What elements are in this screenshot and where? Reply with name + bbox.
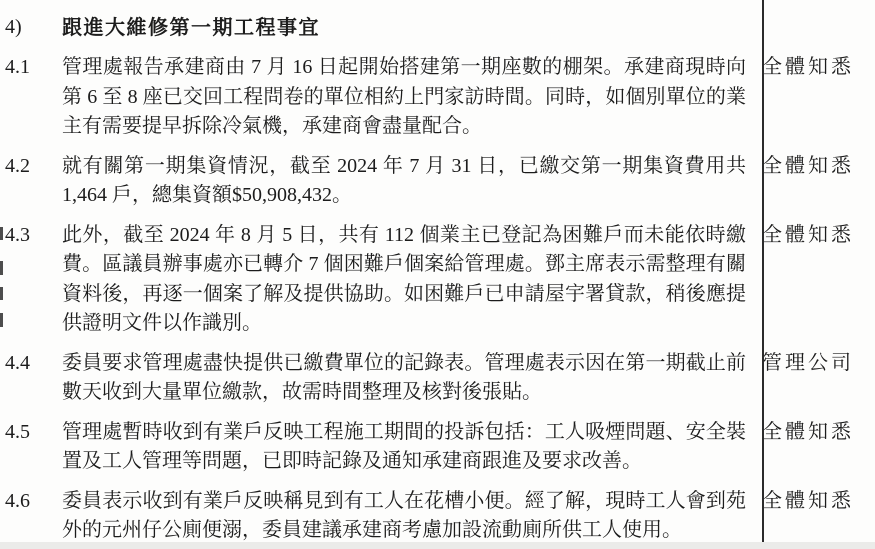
item-text: 就有關第一期集資情況，截至 2024 年 7 月 31 日，已繳交第一期集資費用… [62, 152, 746, 211]
item-number: 4.3 [0, 221, 62, 251]
item-text: 管理處報告承建商由 7 月 16 日起開始搭建第一期座數的棚架。承建商現時向第 … [62, 53, 746, 142]
section-number: 4) [0, 13, 62, 43]
item-text: 此外，截至 2024 年 8 月 5 日，共有 112 個業主已登記為困難戶而未… [62, 221, 746, 339]
section-header-row: 4) 跟進大維修第一期工程事宜 [0, 13, 875, 43]
item-number: 4.5 [0, 418, 62, 448]
item-number: 4.6 [0, 487, 62, 517]
minutes-item-4-1: 4.1 管理處報告承建商由 7 月 16 日起開始搭建第一期座數的棚架。承建商現… [0, 53, 875, 142]
scan-artifact [0, 287, 3, 300]
item-number: 4.2 [0, 152, 62, 182]
minutes-item-4-5: 4.5 管理處暫時收到有業戶反映工程施工期間的投訴包括：工人吸煙問題、安全裝置及… [0, 418, 875, 477]
minutes-document-page: 4) 跟進大維修第一期工程事宜 4.1 管理處報告承建商由 7 月 16 日起開… [0, 0, 875, 549]
section-title: 跟進大維修第一期工程事宜 [62, 13, 746, 43]
minutes-item-4-4: 4.4 委員要求管理處盡快提供已繳費單位的記錄表。管理處表示因在第一期截止前數天… [0, 349, 875, 408]
scan-artifact [0, 261, 3, 275]
item-number: 4.1 [0, 53, 62, 83]
scan-artifact [0, 227, 3, 240]
scan-bottom-edge [0, 542, 875, 549]
item-number: 4.4 [0, 349, 62, 379]
scan-artifact [0, 313, 3, 327]
item-text: 管理處暫時收到有業戶反映工程施工期間的投訴包括：工人吸煙問題、安全裝置及工人管理… [62, 418, 746, 477]
item-text: 委員表示收到有業戶反映稱見到有工人在花槽小便。經了解，現時工人會到苑外的元州仔公… [62, 487, 746, 546]
minutes-item-4-6: 4.6 委員表示收到有業戶反映稱見到有工人在花槽小便。經了解，現時工人會到苑外的… [0, 487, 875, 546]
item-text: 委員要求管理處盡快提供已繳費單位的記錄表。管理處表示因在第一期截止前數天收到大量… [62, 349, 746, 408]
action-column-divider [762, 0, 764, 542]
minutes-item-4-3: 4.3 此外，截至 2024 年 8 月 5 日，共有 112 個業主已登記為困… [0, 221, 875, 339]
minutes-item-4-2: 4.2 就有關第一期集資情況，截至 2024 年 7 月 31 日，已繳交第一期… [0, 152, 875, 211]
